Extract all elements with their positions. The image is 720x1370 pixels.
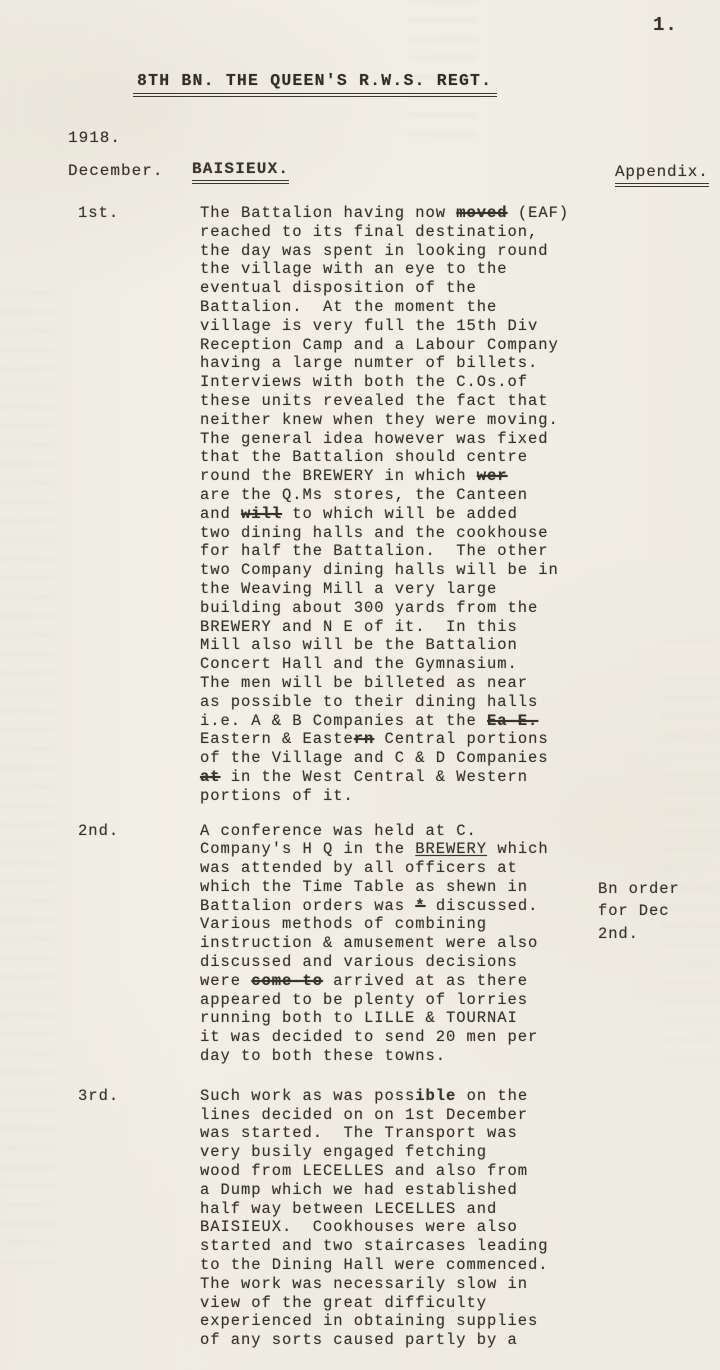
entry-line: was started. The Transport was	[200, 1124, 590, 1143]
entry-line: half way between LECELLES and	[200, 1200, 590, 1219]
entry-line: experienced in obtaining supplies	[200, 1312, 590, 1331]
strike-text: at	[200, 768, 221, 786]
entry-line: these units revealed the fact that	[200, 392, 590, 411]
margin-note: Bn orderfor Dec2nd.	[598, 878, 716, 946]
strike-text: will	[241, 505, 282, 523]
entry-line: Concert Hall and the Gymnasium.	[200, 655, 590, 674]
text: Battalion orders was	[200, 897, 415, 915]
entry-line: of any sorts caused partly by a	[200, 1331, 590, 1350]
over-text: ible	[415, 1087, 456, 1105]
entry-line: that the Battalion should centre	[200, 448, 590, 467]
text: to which will be added	[282, 505, 518, 523]
entry-line: as possible to their dining halls	[200, 693, 590, 712]
entry-line: at in the West Central & Western	[200, 768, 590, 787]
entry-line: having a large numter of billets.	[200, 354, 590, 373]
war-diary-page: 1. 8TH BN. THE QUEEN'S R.W.S. REGT. 1918…	[0, 0, 720, 1370]
entry-line: running both to LILLE & TOURNAI	[200, 1009, 590, 1028]
entry-line: the village with an eye to the	[200, 260, 590, 279]
text: The Battalion having now	[200, 204, 456, 222]
entry-line: BAISIEUX. Cookhouses were also	[200, 1218, 590, 1237]
strike-text: rn	[354, 730, 375, 748]
entry-line: and will to which will be added	[200, 505, 590, 524]
text: were	[200, 972, 251, 990]
strike-text: *	[415, 897, 425, 915]
location-label: BAISIEUX.	[192, 160, 289, 184]
month-label: December.	[68, 162, 163, 180]
entry-date: 3rd.	[78, 1087, 119, 1105]
text: i.e. A & B Companies at the	[200, 712, 487, 730]
text: (EAF)	[508, 204, 570, 222]
entry-line: Reception Camp and a Labour Company	[200, 336, 590, 355]
entry-line: discussed and various decisions	[200, 953, 590, 972]
document-title: 8TH BN. THE QUEEN'S R.W.S. REGT.	[133, 71, 497, 97]
entry-line: lines decided on on 1st December	[200, 1106, 590, 1125]
entry-line: day to both these towns.	[200, 1047, 590, 1066]
text: Such work as was poss	[200, 1087, 415, 1105]
entry-body: Such work as was possible on thelines de…	[200, 1087, 590, 1350]
entry-line: reached to its final destination,	[200, 223, 590, 242]
strike-text: come-to	[251, 972, 323, 990]
strike-text: wer	[477, 467, 508, 485]
appendix-label: Appendix.	[615, 163, 709, 187]
entry-line: round the BREWERY in which wer	[200, 467, 590, 486]
entry-line: it was decided to send 20 men per	[200, 1028, 590, 1047]
entry-body: A conference was held at C.Company's H Q…	[200, 822, 590, 1066]
text: in the West Central & Western	[221, 768, 529, 786]
text: and	[200, 505, 241, 523]
entry-line: wood from LECELLES and also from	[200, 1162, 590, 1181]
entry-date: 1st.	[78, 204, 119, 222]
diary-entry: 2nd.A conference was held at C.Company's…	[0, 822, 720, 1066]
entry-line: BREWERY and N E of it. In this	[200, 618, 590, 637]
diary-entry: 1st.The Battalion having now moved (EAF)…	[0, 204, 720, 806]
entry-line: started and two staircases leading	[200, 1237, 590, 1256]
entry-line: of the Village and C & D Companies	[200, 749, 590, 768]
entry-line: Battalion. At the moment the	[200, 298, 590, 317]
entry-line: for half the Battalion. The other	[200, 542, 590, 561]
text: discussed.	[426, 897, 539, 915]
entry-line: view of the great difficulty	[200, 1294, 590, 1313]
margin-note-line: for Dec	[598, 900, 716, 923]
entry-line: were come-to arrived at as there	[200, 972, 590, 991]
entry-line: very busily engaged fetching	[200, 1143, 590, 1162]
entry-line: A conference was held at C.	[200, 822, 590, 841]
margin-note-line: 2nd.	[598, 923, 716, 946]
text: which	[487, 840, 549, 858]
year-label: 1918.	[68, 129, 121, 147]
strike-text: Ea-E.	[487, 712, 538, 730]
entry-line: The Battalion having now moved (EAF)	[200, 204, 590, 223]
margin-note-line: Bn order	[598, 878, 716, 901]
entry-line: the day was spent in looking round	[200, 242, 590, 261]
entry-line: Various methods of combining	[200, 915, 590, 934]
entry-line: appeared to be plenty of lorries	[200, 991, 590, 1010]
diary-entry: 3rd.Such work as was possible on theline…	[0, 1087, 720, 1350]
entry-line: village is very full the 15th Div	[200, 317, 590, 336]
entry-line: are the Q.Ms stores, the Canteen	[200, 486, 590, 505]
text: round the BREWERY in which	[200, 467, 477, 485]
entry-line: building about 300 yards from the	[200, 599, 590, 618]
underline-text: BREWERY	[415, 840, 487, 858]
page-number: 1.	[653, 14, 678, 36]
text: arrived at as there	[323, 972, 528, 990]
entry-line: instruction & amusement were also	[200, 934, 590, 953]
text: on the	[456, 1087, 528, 1105]
text: Company's H Q in the	[200, 840, 415, 858]
diary-entries: 1st.The Battalion having now moved (EAF)…	[0, 204, 720, 1350]
entry-line: Company's H Q in the BREWERY which	[200, 840, 590, 859]
entry-line: to the Dining Hall were commenced.	[200, 1256, 590, 1275]
entry-line: Such work as was possible on the	[200, 1087, 590, 1106]
entry-line: Battalion orders was * discussed.	[200, 897, 590, 916]
entry-line: the Weaving Mill a very large	[200, 580, 590, 599]
text: Eastern & Easte	[200, 730, 354, 748]
entry-date: 2nd.	[78, 822, 119, 840]
entry-line: eventual disposition of the	[200, 279, 590, 298]
text: Central portions	[374, 730, 548, 748]
entry-line: i.e. A & B Companies at the Ea-E.	[200, 712, 590, 731]
entry-line: portions of it.	[200, 787, 590, 806]
entry-line: a Dump which we had established	[200, 1181, 590, 1200]
entry-line: two dining halls and the cookhouse	[200, 524, 590, 543]
entry-line: was attended by all officers at	[200, 859, 590, 878]
entry-line: two Company dining halls will be in	[200, 561, 590, 580]
entry-line: which the Time Table as shewn in	[200, 878, 590, 897]
entry-line: Mill also will be the Battalion	[200, 636, 590, 655]
entry-line: The men will be billeted as near	[200, 674, 590, 693]
entry-body: The Battalion having now moved (EAF)reac…	[200, 204, 590, 806]
strike-text: moved	[456, 204, 507, 222]
entry-line: The general idea however was fixed	[200, 430, 590, 449]
entry-line: The work was necessarily slow in	[200, 1275, 590, 1294]
entry-line: neither knew when they were moving.	[200, 411, 590, 430]
entry-line: Eastern & Eastern Central portions	[200, 730, 590, 749]
entry-line: Interviews with both the C.Os.of	[200, 373, 590, 392]
